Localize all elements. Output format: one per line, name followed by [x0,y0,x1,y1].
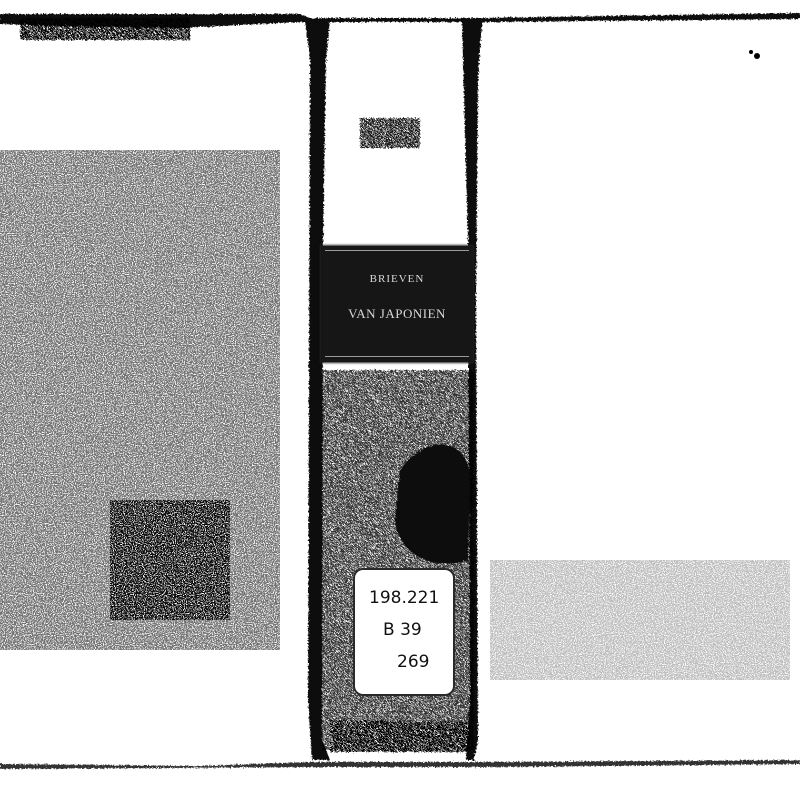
top-edge [0,13,800,40]
bottom-edge [0,760,800,769]
call-number-sticker: 198.221 B 39 269 [355,570,453,694]
spine-title-label: BRIEVEN VAN JAPONIEN [321,246,473,362]
right-board-stains [490,50,790,680]
label-bottom-rule [325,356,469,357]
label-top-rule [325,250,469,251]
spine-title-line-2: VAN JAPONIEN [321,306,473,322]
call-number-line-1: 198.221 [369,588,439,608]
spine-title-line-1: BRIEVEN [321,273,473,285]
left-board-stains [0,150,280,650]
call-number-line-2: B 39 [383,620,422,640]
call-number-line-3: 269 [397,652,429,672]
